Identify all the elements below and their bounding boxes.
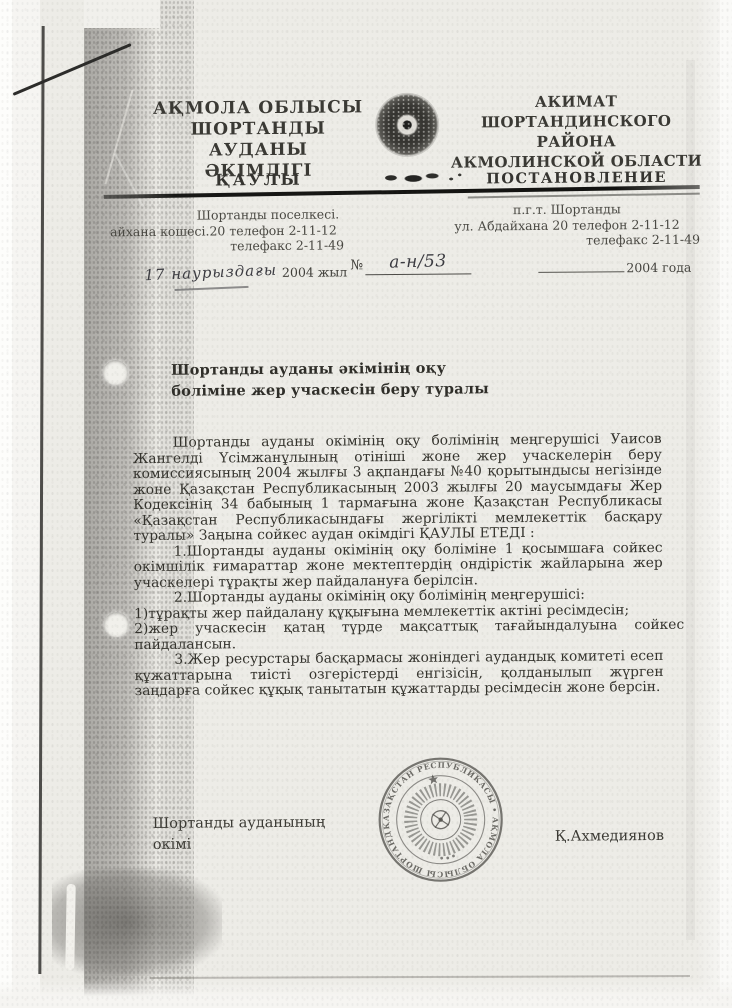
date-year-kazakh: 2004 жыл bbox=[282, 264, 347, 280]
number-rule: а-н/53 bbox=[365, 253, 471, 275]
org-ru-line: АКИМАТ bbox=[447, 91, 705, 113]
title-line: Шортанды ауданы әкімінің оқу bbox=[171, 358, 521, 381]
signatory-title: Шортанды ауданының окімі bbox=[153, 813, 326, 856]
handwritten-number: а-н/53 bbox=[389, 251, 447, 272]
title-line: боліміне жер учаскесін беру туралы bbox=[171, 379, 521, 402]
address-line: телефакс 2-11-49 bbox=[106, 237, 396, 255]
scanned-document: АҚМОЛА ОБЛЫСЫ ШОРТАНДЫ АУДАНЫ ӘКІМДІГІ А… bbox=[0, 0, 732, 1008]
number-label: № bbox=[350, 257, 363, 273]
official-seal: ҚАЗАҚСТАН РЕСПУБЛИКАСЫ • АҚМОЛА ОБЛЫСЫ Ш… bbox=[364, 743, 518, 897]
seal-star-icon bbox=[427, 774, 439, 785]
decree-body: Шортанды ауданы окімінің оқу болімінің м… bbox=[133, 432, 664, 700]
signatory-line: окімі bbox=[153, 834, 326, 856]
org-ru-line: ШОРТАНДИНСКОГО РАЙОНА bbox=[447, 111, 705, 153]
decree-document: АҚМОЛА ОБЛЫСЫ ШОРТАНДЫ АУДАНЫ ӘКІМДІГІ А… bbox=[0, 0, 732, 1008]
handwritten-date: 17 наурыздағы bbox=[144, 261, 277, 285]
date-kazakh: 17 наурыздағы2004 жыл bbox=[144, 262, 347, 282]
date-blank-line bbox=[538, 260, 624, 273]
org-kk-line: АҚМОЛА ОБЛЫСЫ bbox=[139, 97, 377, 120]
doc-type-kazakh: ҚАУЛЫ bbox=[140, 169, 378, 190]
item-1: 1.Шортанды ауданы окімінің оқу боліміне … bbox=[133, 540, 662, 591]
decree-title: Шортанды ауданы әкімінің оқу боліміне же… bbox=[171, 358, 521, 402]
address-line: телефакс 2-11-49 bbox=[426, 232, 708, 250]
date-russian: 2004 года bbox=[538, 260, 691, 276]
document-number: №а-н/53 bbox=[350, 253, 471, 275]
item-3: 3.Жер ресурстары басқармасы жоніндегі ау… bbox=[134, 649, 663, 700]
address-kazakh: Шортанды поселкесі. айхана кошесі.20 тел… bbox=[106, 206, 396, 255]
year-russian: 2004 года bbox=[626, 260, 691, 276]
address-russian: п.г.т. Шортанды ул. Абдайхана 20 телефон… bbox=[426, 201, 708, 250]
state-emblem-icon bbox=[376, 94, 438, 156]
preamble-paragraph: Шортанды ауданы окімінің оқу болімінің м… bbox=[133, 432, 663, 545]
ink-smudge bbox=[381, 168, 467, 185]
org-kk-line: ШОРТАНДЫ АУДАНЫ bbox=[139, 118, 377, 162]
signatory-line: Шортанды ауданының bbox=[153, 813, 326, 835]
header-rule-echo bbox=[468, 193, 700, 198]
signatory-name: Қ.Ахмедиянов bbox=[555, 828, 664, 845]
handwriting-underline bbox=[174, 286, 248, 291]
org-name-russian: АКИМАТ ШОРТАНДИНСКОГО РАЙОНА АКМОЛИНСКОЙ… bbox=[447, 91, 706, 173]
